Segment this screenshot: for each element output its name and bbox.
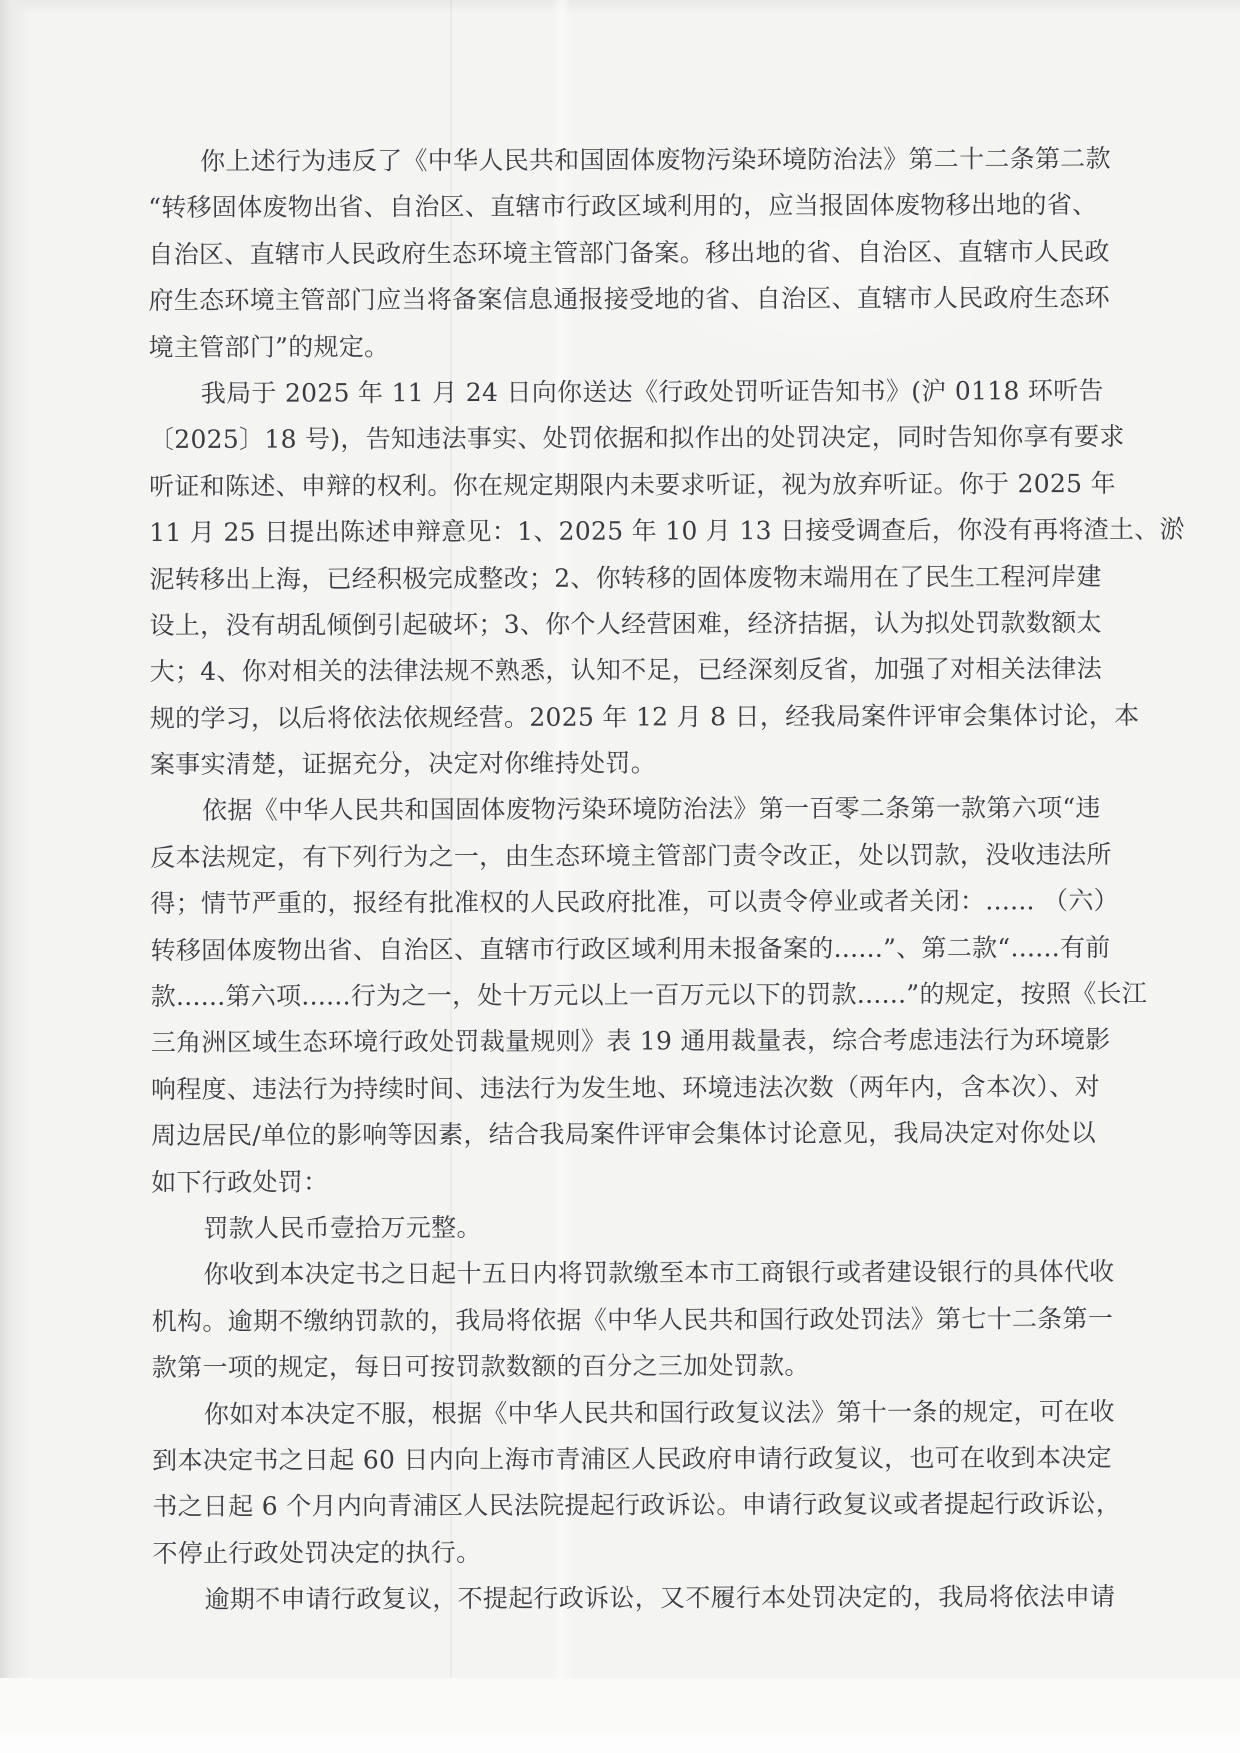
text-line: 罚款人民币壹拾万元整。 <box>151 1203 1113 1252</box>
text-line: 设上，没有胡乱倾倒引起破坏；3、你个人经营困难，经济拮据，认为拟处罚款数额太 <box>149 600 1111 649</box>
text-line: 响程度、违法行为持续时间、违法行为发生地、环境违法次数（两年内，含本次）、对 <box>151 1064 1113 1113</box>
text-line: 款第一项的规定，每日可按罚款数额的百分之三加处罚款。 <box>152 1342 1114 1391</box>
text-line: 依据《中华人民共和国固体废物污染环境防治法》第一百零二条第一款第六项“违 <box>150 785 1112 834</box>
text-line: 三角洲区域生态环境行政处罚裁量规则》表 19 通用裁量表，综合考虑违法行为环境影 <box>151 1017 1113 1066</box>
text-line: 境主管部门”的规定。 <box>149 322 1111 371</box>
text-line: 逾期不申请行政复议，不提起行政诉讼，又不履行本处罚决定的，我局将依法申请 <box>153 1574 1115 1623</box>
text-line: 款......第六项......行为之一，处十万元以上一百万元以下的罚款....… <box>151 971 1113 1020</box>
text-line: 案事实清楚，证据充分，决定对你维持处罚。 <box>150 739 1112 788</box>
text-line: 不停止行政处罚决定的执行。 <box>152 1528 1114 1577</box>
document-body: 你上述行为违反了《中华人民共和国固体废物污染环境防治法》第二十二条第二款“转移固… <box>148 136 1115 1624</box>
text-line: 大；4、你对相关的法律法规不熟悉，认知不足，已经深刻反省，加强了对相关法律法 <box>150 646 1112 695</box>
scan-left-edge-shadow <box>0 0 30 1753</box>
document-page: 你上述行为违反了《中华人民共和国固体废物污染环境防治法》第二十二条第二款“转移固… <box>0 0 1240 1753</box>
text-line: 11 月 25 日提出陈述申辩意见：1、2025 年 10 月 13 日接受调查… <box>149 507 1111 556</box>
scan-bottom-band <box>0 1678 1240 1735</box>
text-line: 得；情节严重的，报经有批准权的人民政府批准，可以责令停业或者关闭：...... … <box>150 878 1112 927</box>
text-line: 如下行政处罚： <box>151 1157 1113 1206</box>
text-line: 自治区、直辖市人民政府生态环境主管部门备案。移出地的省、自治区、直辖市人民政 <box>148 229 1110 278</box>
text-line: 周边居民/单位的影响等因素，结合我局案件评审会集体讨论意见，我局决定对你处以 <box>151 1110 1113 1159</box>
text-line: 听证和陈述、申辩的权利。你在规定期限内未要求听证，视为放弃听证。你于 2025 … <box>149 461 1111 510</box>
text-line: 〔2025〕18 号)，告知违法事实、处罚依据和拟作出的处罚决定，同时告知你享有… <box>149 414 1111 463</box>
text-line: 你如对本决定不服，根据《中华人民共和国行政复议法》第十一条的规定，可在收 <box>152 1389 1114 1438</box>
text-line: 书之日起 6 个月内向青浦区人民法院提起行政诉讼。申请行政复议或者提起行政诉讼， <box>152 1481 1114 1530</box>
text-line: 你上述行为违反了《中华人民共和国固体废物污染环境防治法》第二十二条第二款 <box>148 136 1110 185</box>
text-line: “转移固体废物出省、自治区、直辖市行政区域利用的，应当报固体废物移出地的省、 <box>148 182 1110 231</box>
text-line: 机构。逾期不缴纳罚款的，我局将依据《中华人民共和国行政处罚法》第七十二条第一 <box>152 1296 1114 1345</box>
text-line: 转移固体废物出省、自治区、直辖市行政区域利用未报备案的......”、第二款“.… <box>150 925 1112 974</box>
text-line: 你收到本决定书之日起十五日内将罚款缴至本市工商银行或者建设银行的具体代收 <box>151 1249 1113 1298</box>
text-line: 府生态环境主管部门应当将备案信息通报接受地的省、自治区、直辖市人民政府生态环 <box>148 275 1110 324</box>
text-line: 到本决定书之日起 60 日内向上海市青浦区人民政府申请行政复议，也可在收到本决定 <box>152 1435 1114 1484</box>
text-line: 反本法规定，有下列行为之一，由生态环境主管部门责令改正，处以罚款，没收违法所 <box>150 832 1112 881</box>
scan-top-edge-shadow <box>0 0 1240 14</box>
text-line: 泥转移出上海，已经积极完成整改；2、你转移的固体废物末端用在了民生工程河岸建 <box>149 553 1111 602</box>
text-line: 我局于 2025 年 11 月 24 日向你送达《行政处罚听证告知书》(沪 01… <box>149 368 1111 417</box>
scan-bottom-strip <box>0 1735 1240 1753</box>
text-line: 规的学习，以后将依法依规经营。2025 年 12 月 8 日，经我局案件评审会集… <box>150 693 1112 742</box>
